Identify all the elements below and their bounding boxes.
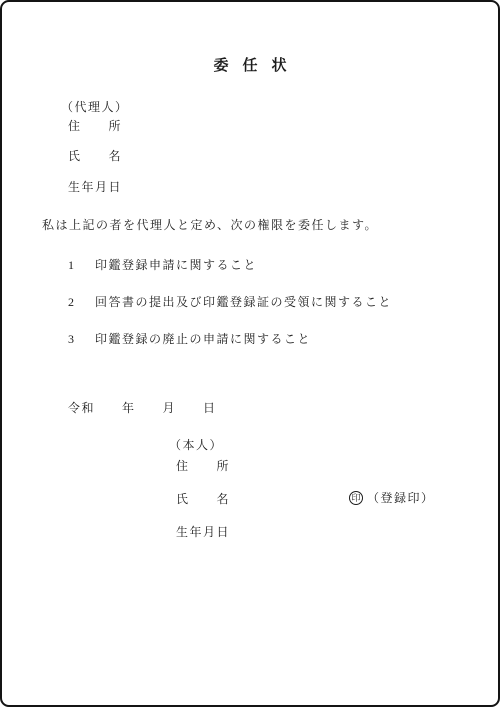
agent-address-label: 住 所 (68, 120, 122, 132)
item-text: 印鑑登録の廃止の申請に関すること (95, 333, 311, 345)
item-text: 印鑑登録申請に関すること (95, 259, 257, 271)
item-number: 2 (68, 296, 76, 308)
declaration-text: 私は上記の者を代理人と定め、次の権限を委任します。 (42, 219, 378, 231)
item-number: 1 (68, 259, 76, 271)
principal-section-label: （本人） (169, 439, 223, 451)
item-text: 回答書の提出及び印鑑登録証の受領に関すること (95, 296, 392, 308)
item-number: 3 (68, 333, 76, 345)
document-page: 委任状 （代理人） 住 所 氏 名 生年月日 私は上記の者を代理人と定め、次の権… (0, 0, 500, 707)
principal-address-label: 住 所 (176, 460, 230, 472)
seal-group: 印 （登録印） (349, 491, 435, 505)
agent-birthdate-label: 生年月日 (68, 181, 122, 193)
agent-name-label: 氏 名 (68, 150, 122, 162)
date-line: 令和 年 月 日 (68, 402, 217, 414)
registered-seal-icon: 印 (349, 491, 363, 505)
principal-name-label: 氏 名 (176, 493, 230, 505)
seal-character: 印 (351, 494, 360, 503)
seal-note: （登録印） (367, 492, 435, 504)
principal-birthdate-label: 生年月日 (176, 526, 230, 538)
document-title: 委任状 (2, 59, 498, 74)
agent-section-label: （代理人） (61, 101, 129, 113)
